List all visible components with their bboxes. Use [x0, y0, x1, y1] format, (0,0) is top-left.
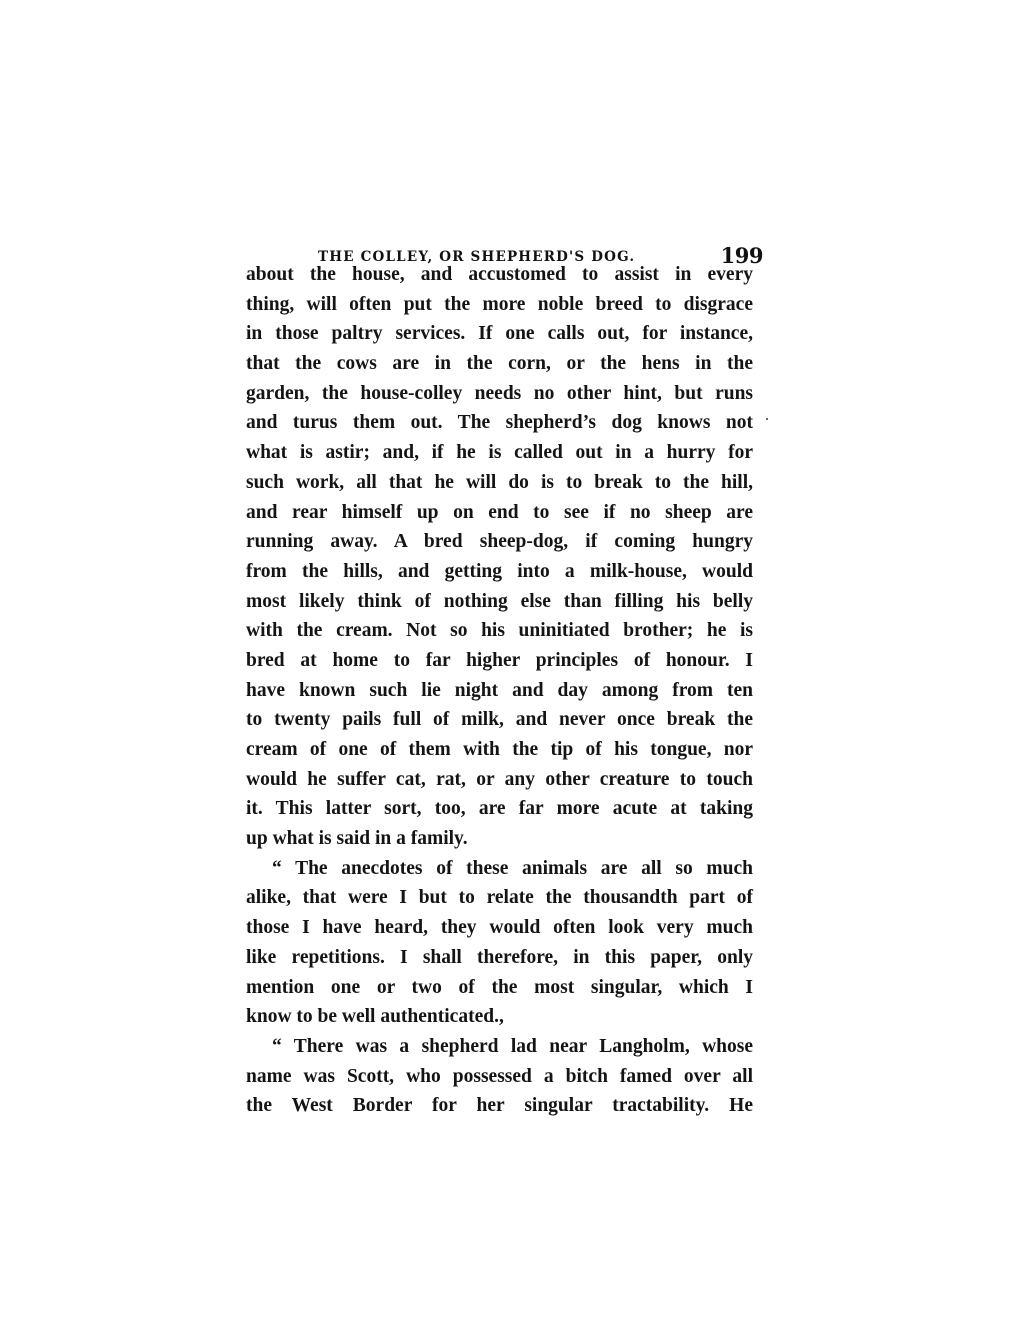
text-line: “ There was a shepherd lad near Langholm…	[246, 1032, 753, 1062]
text-line: most likely think of nothing else than f…	[246, 587, 753, 617]
text-line: garden, the house-colley needs no other …	[246, 379, 753, 409]
text-line: know to be well authenticated.,	[246, 1002, 753, 1032]
text-line: with the cream. Not so his uninitiated b…	[246, 616, 753, 646]
paragraph-shepherd-lad: “ There was a shepherd lad near Langholm…	[246, 1032, 753, 1121]
text-line: that the cows are in the corn, or the he…	[246, 349, 753, 379]
text-line: cream of one of them with the tip of his…	[246, 735, 753, 765]
text-line: like repetitions. I shall therefore, in …	[246, 943, 753, 973]
text-line: have known such lie night and day among …	[246, 676, 753, 706]
paragraph-continued: about the house, and accustomed to assis…	[246, 260, 753, 854]
margin-speck	[766, 418, 768, 420]
text-line: to twenty pails full of milk, and never …	[246, 705, 753, 735]
text-line: from the hills, and getting into a milk-…	[246, 557, 753, 587]
text-line: “ The anecdotes of these animals are all…	[246, 854, 753, 884]
text-line: the West Border for her singular tractab…	[246, 1091, 753, 1121]
text-line: and rear himself up on end to see if no …	[246, 498, 753, 528]
text-line: thing, will often put the more noble bre…	[246, 290, 753, 320]
text-line: bred at home to far higher principles of…	[246, 646, 753, 676]
text-line: and turus them out. The shepherd’s dog k…	[246, 408, 753, 438]
text-line: name was Scott, who possessed a bitch fa…	[246, 1062, 753, 1092]
text-line: about the house, and accustomed to assis…	[246, 260, 753, 290]
text-line: alike, that were I but to relate the tho…	[246, 883, 753, 913]
text-line: running away. A bred sheep-dog, if comin…	[246, 527, 753, 557]
paragraph-anecdotes: “ The anecdotes of these animals are all…	[246, 854, 753, 1032]
text-line: up what is said in a family.	[246, 824, 753, 854]
text-line: what is astir; and, if he is called out …	[246, 438, 753, 468]
text-line: it. This latter sort, too, are far more …	[246, 794, 753, 824]
text-line: mention one or two of the most singular,…	[246, 973, 753, 1003]
text-line: such work, all that he will do is to bre…	[246, 468, 753, 498]
text-line: in those paltry services. If one calls o…	[246, 319, 753, 349]
book-page: The Colley, or Shepherd's Dog. 199 about…	[0, 0, 1033, 1339]
text-line: those I have heard, they would often loo…	[246, 913, 753, 943]
text-line: would he suffer cat, rat, or any other c…	[246, 765, 753, 795]
body-text: about the house, and accustomed to assis…	[246, 260, 753, 1121]
